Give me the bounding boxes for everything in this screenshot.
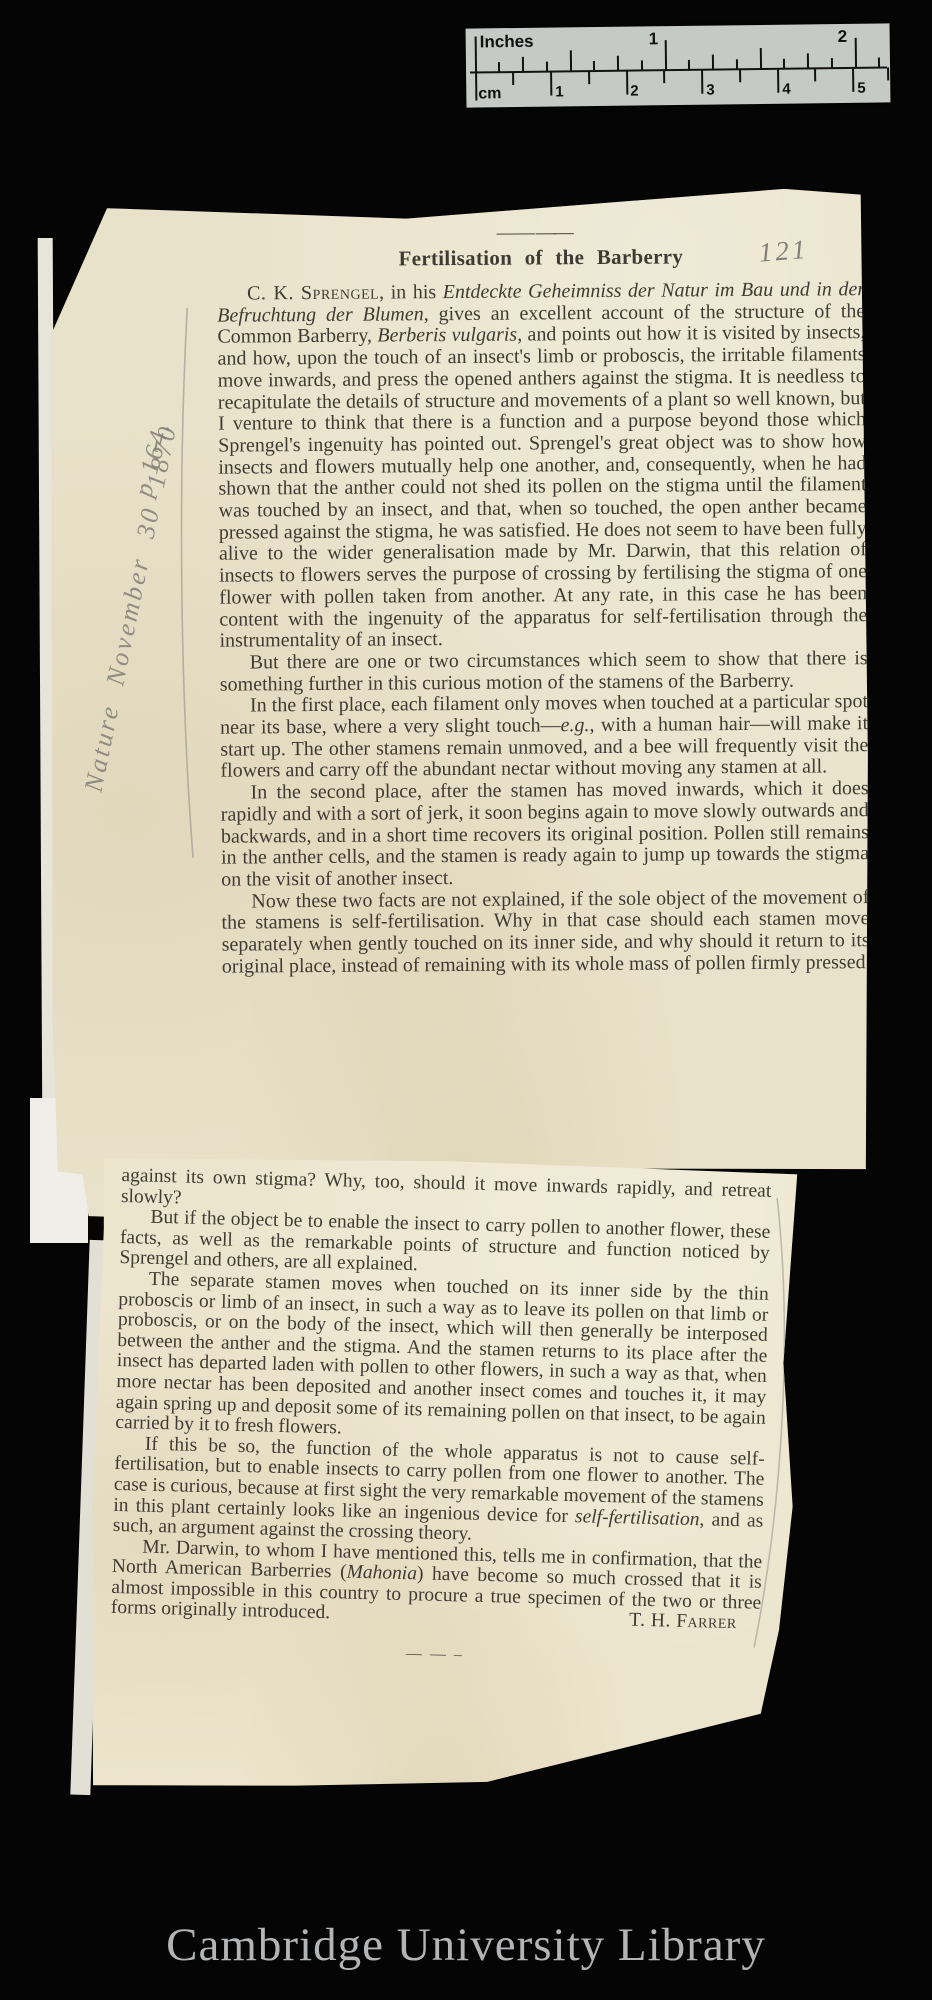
article-text-upper: C. K. Sprengel, in his Entdeckte Geheimn… [217, 279, 870, 978]
paragraph: C. K. Sprengel, in his Entdeckte Geheimn… [217, 279, 868, 652]
paragraph: In the first place, each filament only m… [220, 692, 869, 783]
section-rule: —— —— [497, 221, 572, 245]
ruler-cm-2: 2 [630, 83, 639, 98]
ruler-cm-label: cm [478, 86, 501, 102]
paragraph: Now these two facts are not explained, i… [221, 887, 870, 978]
ruler-inches-label: Inches [480, 33, 534, 51]
ruler-inch-1: 1 [649, 30, 659, 47]
article-title: Fertilisation of the Barberry [217, 243, 865, 273]
pencil-source-note: Nature November 30 1870 [79, 422, 184, 795]
clipping-upper: —— —— 121 Fertilisation of the Barberry … [44, 183, 873, 1229]
author-smallcaps: C. K. Sprengel [247, 282, 379, 305]
ruler-cm-1: 1 [555, 84, 564, 99]
library-watermark: Cambridge University Library [0, 1918, 932, 1972]
ruler-cm-5: 5 [857, 81, 866, 96]
ruler-cm-3: 3 [706, 83, 715, 98]
ruler-scale-bar: Inches 1 2 cm 1 2 3 4 5 [466, 23, 891, 107]
article-text-lower: against its own stigma? Why, too, should… [110, 1166, 772, 1673]
genus-italic: Mahonia [346, 1562, 417, 1585]
end-rule: — — – [110, 1637, 760, 1673]
paragraph: If this be so, the function of the whole… [113, 1434, 765, 1553]
paragraph: The separate stamen moves when touched o… [115, 1269, 769, 1450]
paragraph: In the second place, after the stamen ha… [221, 778, 870, 891]
ruler-inch-2: 2 [838, 28, 848, 45]
paragraph: But there are one or two circumstances w… [220, 648, 868, 696]
scanned-page: Inches 1 2 cm 1 2 3 4 5 —— —— 121 Fertil… [0, 0, 932, 2000]
species-italic: Berberis vulgaris [377, 324, 517, 347]
clipping-lower: against its own stigma? Why, too, should… [84, 1151, 806, 1818]
ruler-cm-4: 4 [782, 82, 791, 97]
